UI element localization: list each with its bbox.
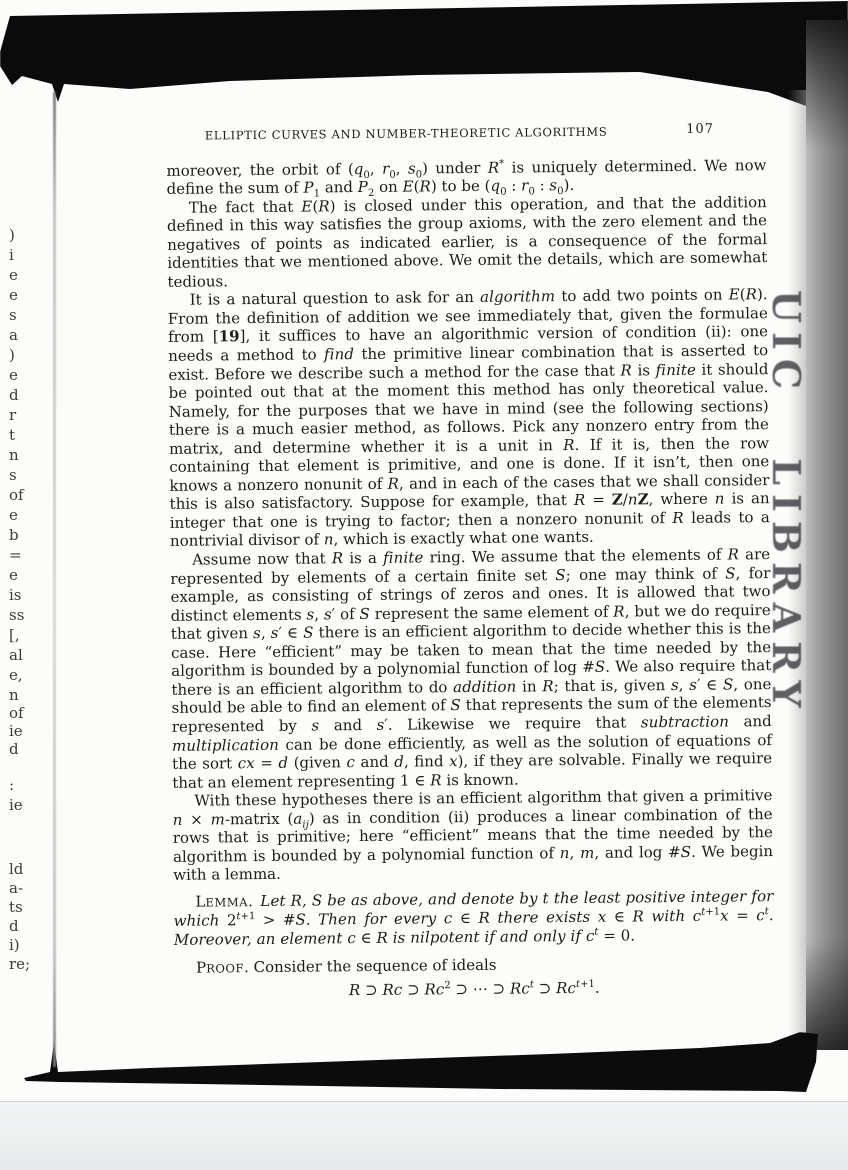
paragraph-algorithm: It is a natural question to ask for an a… — [168, 285, 770, 550]
margin-fragment: ss — [9, 608, 24, 623]
margin-fragment: ) — [9, 228, 15, 243]
margin-fragment: e — [9, 288, 18, 303]
margin-fragment: e — [9, 568, 18, 583]
ideals-formula: R ⊃ Rc ⊃ Rc2 ⊃ ⋯ ⊃ Rct ⊃ Rct+1. — [174, 977, 774, 1001]
scanned-book-page: )ieesa)edrtnsofeb=eisss[,ale,nofied:ield… — [0, 0, 848, 1170]
gutter-crease — [53, 92, 56, 1067]
margin-fragment: t — [9, 428, 15, 443]
margin-fragment: e — [9, 508, 18, 523]
margin-fragment: [, — [9, 628, 20, 643]
page-number: 107 — [686, 121, 714, 140]
margin-fragment: n — [9, 688, 19, 703]
margin-fragment: is — [9, 588, 22, 603]
lemma-block: LEMMA. Let R, S be as above, and denote … — [173, 887, 774, 949]
margin-fragment: a — [9, 328, 18, 343]
top-scan-border — [0, 0, 848, 120]
paragraph-finite-ring: Assume now that R is a finite ring. We a… — [170, 545, 772, 792]
margin-fragment: ) — [9, 348, 15, 363]
margin-fragment: e — [9, 368, 18, 383]
margin-fragment: e, — [9, 668, 23, 683]
margin-fragment: ie — [9, 798, 23, 813]
paragraph-group-axioms: The fact that E(R) is closed under this … — [167, 193, 768, 291]
margin-fragment: r — [9, 408, 16, 423]
margin-fragment: s — [9, 308, 17, 323]
scanner-bed-background — [0, 1101, 848, 1170]
margin-fragment: of — [9, 488, 24, 503]
margin-fragment: b — [9, 528, 19, 543]
margin-fragment: d — [9, 742, 19, 757]
margin-fragment: a- — [9, 881, 23, 896]
margin-fragment: of — [9, 706, 24, 721]
margin-fragment: : — [9, 778, 14, 793]
book-page: ELLIPTIC CURVES AND NUMBER-THEORETIC ALG… — [166, 121, 774, 1001]
margin-fragment: = — [9, 548, 22, 563]
running-head-title: ELLIPTIC CURVES AND NUMBER-THEORETIC ALG… — [205, 125, 608, 143]
running-head: ELLIPTIC CURVES AND NUMBER-THEORETIC ALG… — [166, 121, 766, 145]
margin-fragment: d — [9, 388, 19, 403]
margin-fragment: ts — [9, 900, 23, 915]
margin-fragment: ld — [9, 862, 23, 877]
margin-fragment: e — [9, 268, 18, 283]
proof-paragraph: PROOF. Consider the sequence of ideals — [174, 953, 774, 978]
paragraph-continuation: moreover, the orbit of (q0, r0, s0) unde… — [166, 156, 766, 199]
margin-fragment: d — [9, 919, 19, 934]
margin-fragment: n — [9, 448, 19, 463]
margin-fragment: s — [9, 468, 17, 483]
margin-fragment: i) — [9, 938, 20, 953]
bottom-scan-border — [0, 1032, 848, 1110]
margin-fragment: re; — [9, 957, 30, 972]
margin-fragment: ie — [9, 724, 23, 739]
margin-fragment: i — [9, 248, 14, 263]
margin-fragment: al — [9, 648, 23, 663]
book-fore-edge — [806, 20, 848, 1050]
paragraph-hypotheses: With these hypotheses there is an effici… — [172, 786, 773, 884]
